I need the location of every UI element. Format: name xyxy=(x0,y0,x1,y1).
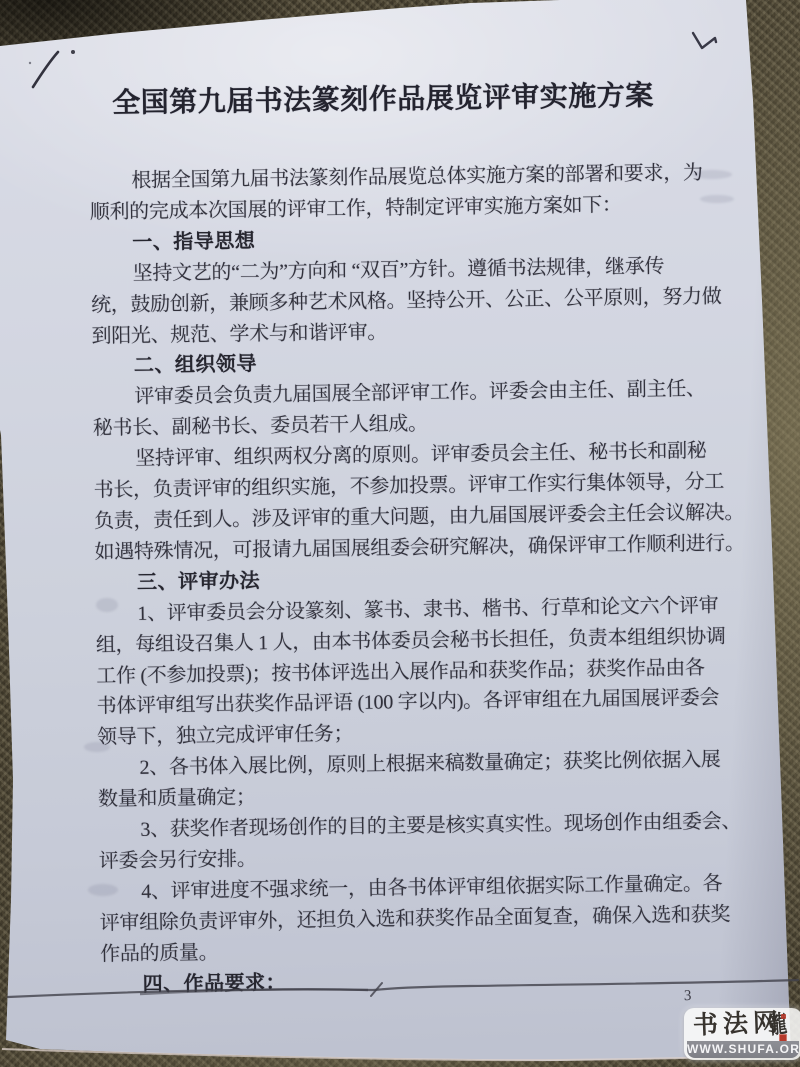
page-number: 3 xyxy=(684,988,692,1005)
page-title: 全国第九届书法篆刻作品展览评审实施方案 xyxy=(112,75,738,124)
pencil-smudge xyxy=(84,742,110,752)
document-lines: 根据全国第九届书法篆刻作品展览总体实施方案的部署和要求，为顺利的完成本次国展的评… xyxy=(89,157,751,1000)
pencil-smudge xyxy=(88,884,118,896)
red-seal-dot xyxy=(781,1014,786,1019)
document-photo: 全国第九届书法篆刻作品展览评审实施方案 根据全国第九届书法篆刻作品展览总体实施方… xyxy=(0,0,800,1067)
show-through-smudge xyxy=(692,170,732,179)
document-text: 全国第九届书法篆刻作品展览评审实施方案 根据全国第九届书法篆刻作品展览总体实施方… xyxy=(88,75,751,1000)
site-watermark: 书法网 龍 WWW.SHUFA.ORG xyxy=(684,1008,800,1060)
watermark-url: WWW.SHUFA.ORG xyxy=(687,1041,799,1058)
pencil-smudge xyxy=(96,598,118,612)
show-through-smudge xyxy=(700,195,734,203)
calligraphy-seal-icon: 龍 xyxy=(768,1012,786,1043)
